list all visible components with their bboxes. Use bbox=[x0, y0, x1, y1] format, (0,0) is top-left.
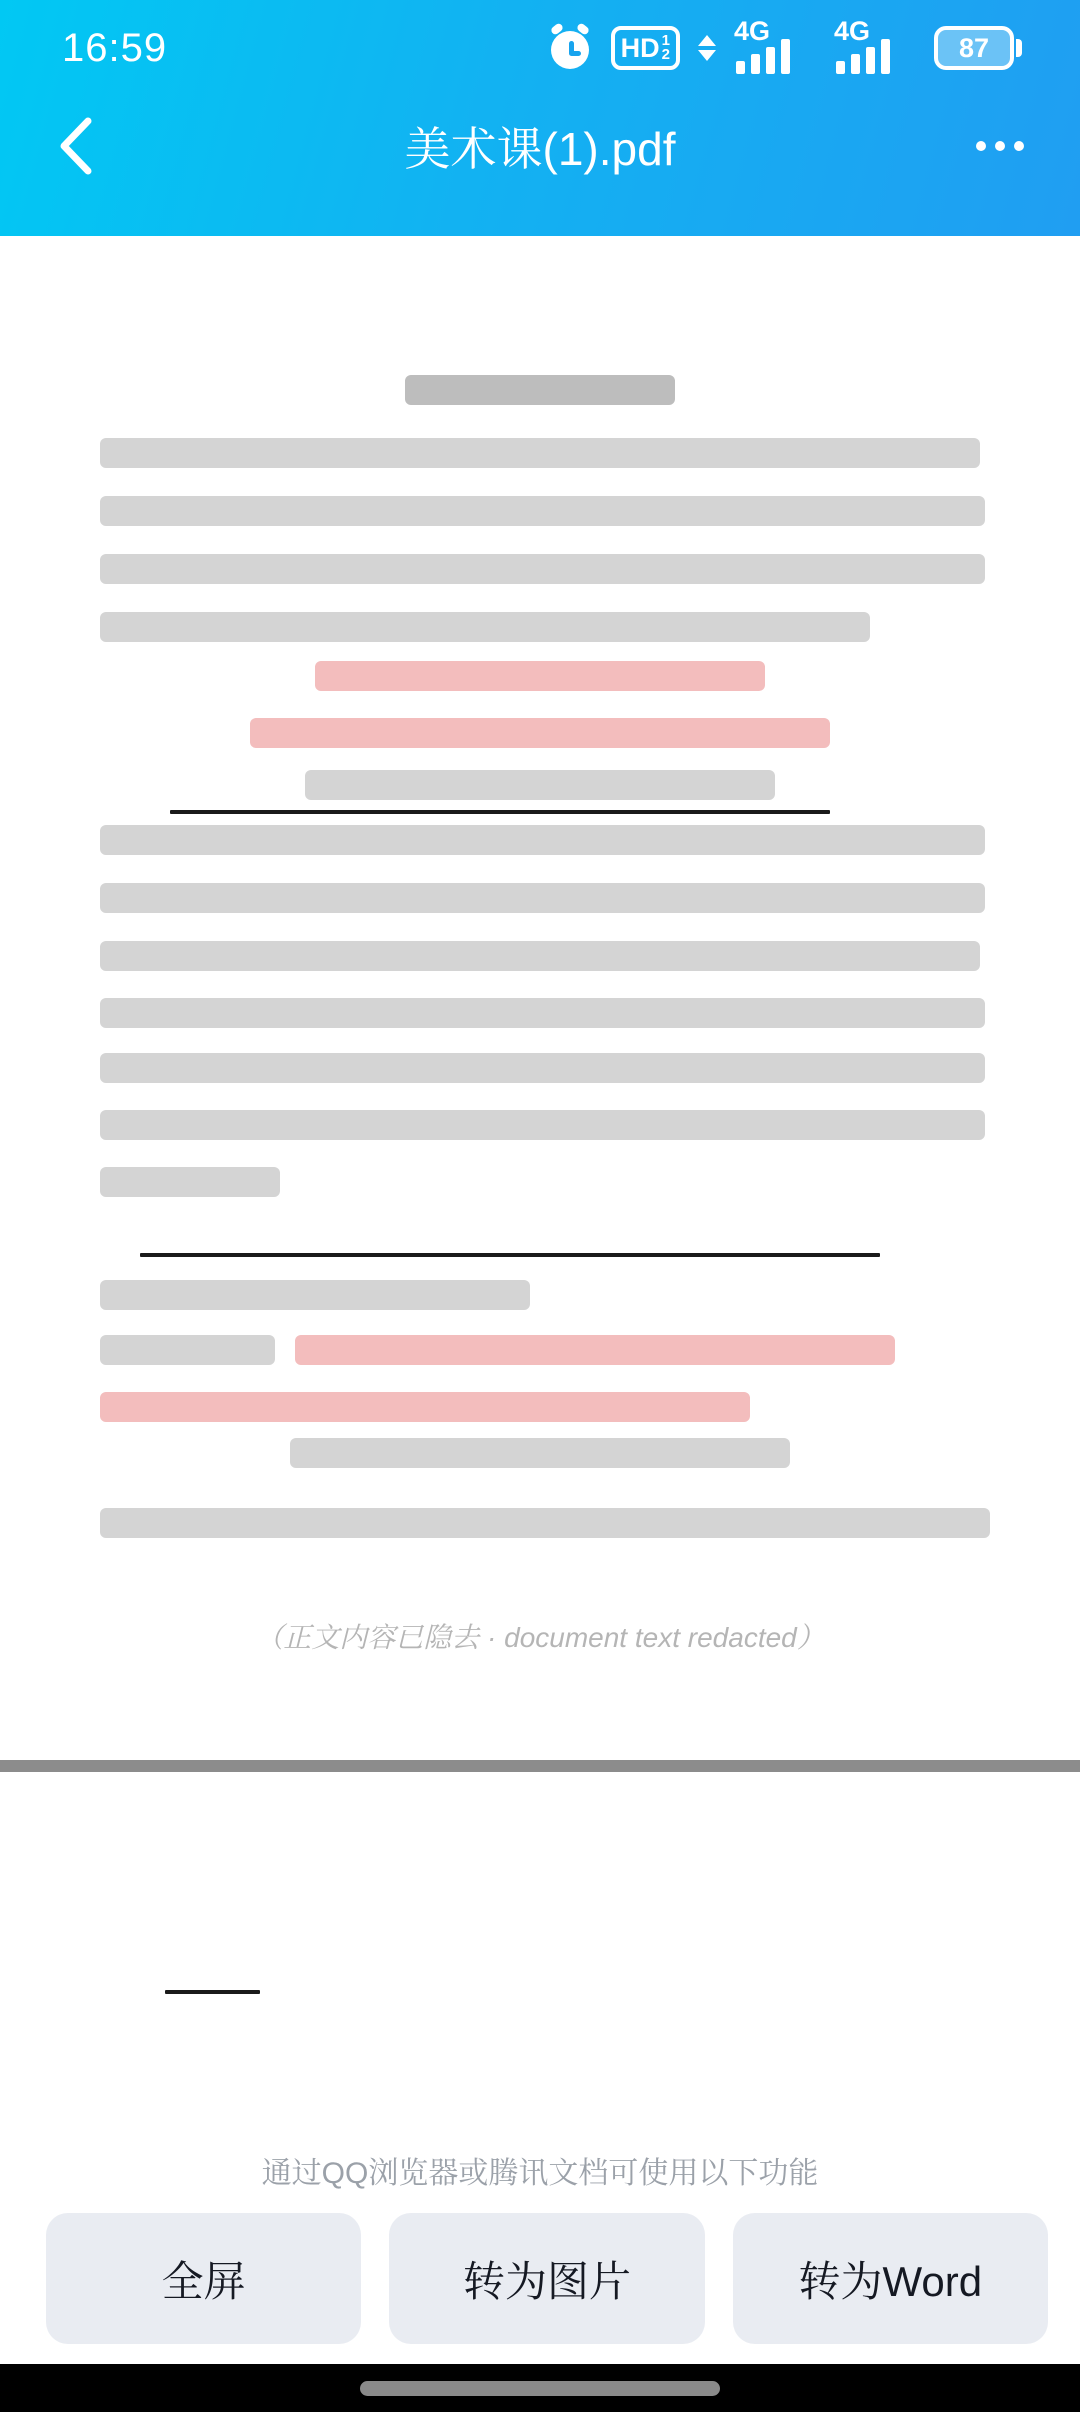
alarm-icon bbox=[547, 25, 593, 71]
redacted-text-line bbox=[100, 998, 985, 1028]
data-activity-icon bbox=[698, 35, 716, 61]
home-indicator[interactable] bbox=[360, 2381, 720, 2396]
signal-icon-sim1: 4G bbox=[734, 20, 816, 76]
redacted-text-line bbox=[295, 1335, 895, 1365]
redacted-text-line bbox=[100, 883, 985, 913]
convert-to-image-button[interactable]: 转为图片 bbox=[389, 2213, 704, 2344]
redacted-text-line bbox=[100, 941, 980, 971]
status-bar: 16:59 HD 1 2 4G 4G bbox=[0, 16, 1080, 80]
redacted-text-line bbox=[100, 554, 985, 584]
content-rule bbox=[170, 810, 830, 814]
navigation-bar bbox=[0, 2364, 1080, 2412]
redacted-text-line bbox=[100, 438, 980, 468]
redacted-text-line bbox=[100, 825, 985, 855]
action-button-row: 全屏 转为图片 转为Word bbox=[46, 2213, 1048, 2344]
title-bar: 美术课(1).pdf bbox=[0, 86, 1080, 206]
content-rule bbox=[165, 1990, 260, 1994]
more-dots-icon bbox=[976, 141, 986, 151]
convert-to-word-button[interactable]: 转为Word bbox=[733, 2213, 1048, 2344]
redacted-text-line bbox=[100, 1053, 985, 1083]
redacted-text-line bbox=[100, 1335, 275, 1365]
footer-hint: 通过QQ浏览器或腾讯文档可使用以下功能 bbox=[0, 2148, 1080, 2192]
app-bar: 16:59 HD 1 2 4G 4G bbox=[0, 0, 1080, 236]
back-button[interactable] bbox=[56, 106, 126, 186]
more-menu-button[interactable] bbox=[976, 106, 1024, 186]
volte-hd-icon: HD 1 2 bbox=[611, 26, 680, 70]
battery-icon: 87 bbox=[934, 26, 1022, 70]
fullscreen-button[interactable]: 全屏 bbox=[46, 2213, 361, 2344]
redacted-text-line bbox=[100, 1167, 280, 1197]
redacted-text-line bbox=[250, 718, 830, 748]
chevron-left-icon bbox=[56, 115, 96, 177]
redaction-notice: （正文内容已隐去 · document text redacted） bbox=[0, 1616, 1080, 1656]
content-rule bbox=[140, 1253, 880, 1257]
document-title: 美术课(1).pdf bbox=[405, 113, 676, 179]
redacted-text-line bbox=[315, 661, 765, 691]
redacted-text-line bbox=[100, 1110, 985, 1140]
signal-icon-sim2: 4G bbox=[834, 20, 916, 76]
clock-time: 16:59 bbox=[62, 26, 167, 71]
redacted-text-line bbox=[405, 375, 675, 405]
redacted-text-line bbox=[290, 1438, 790, 1468]
status-icons: HD 1 2 4G 4G 87 bbox=[547, 20, 1022, 76]
redacted-text-line bbox=[100, 1508, 990, 1538]
redacted-text-line bbox=[305, 770, 775, 800]
page-divider bbox=[0, 1760, 1080, 1772]
redacted-text-line bbox=[100, 496, 985, 526]
redacted-text-line bbox=[100, 612, 870, 642]
redacted-text-line bbox=[100, 1392, 750, 1422]
battery-percent: 87 bbox=[959, 33, 989, 64]
redacted-text-line bbox=[100, 1280, 530, 1310]
phone-screen: 16:59 HD 1 2 4G 4G bbox=[0, 0, 1080, 2412]
pdf-page-1[interactable]: （正文内容已隐去 · document text redacted） bbox=[0, 236, 1080, 1760]
